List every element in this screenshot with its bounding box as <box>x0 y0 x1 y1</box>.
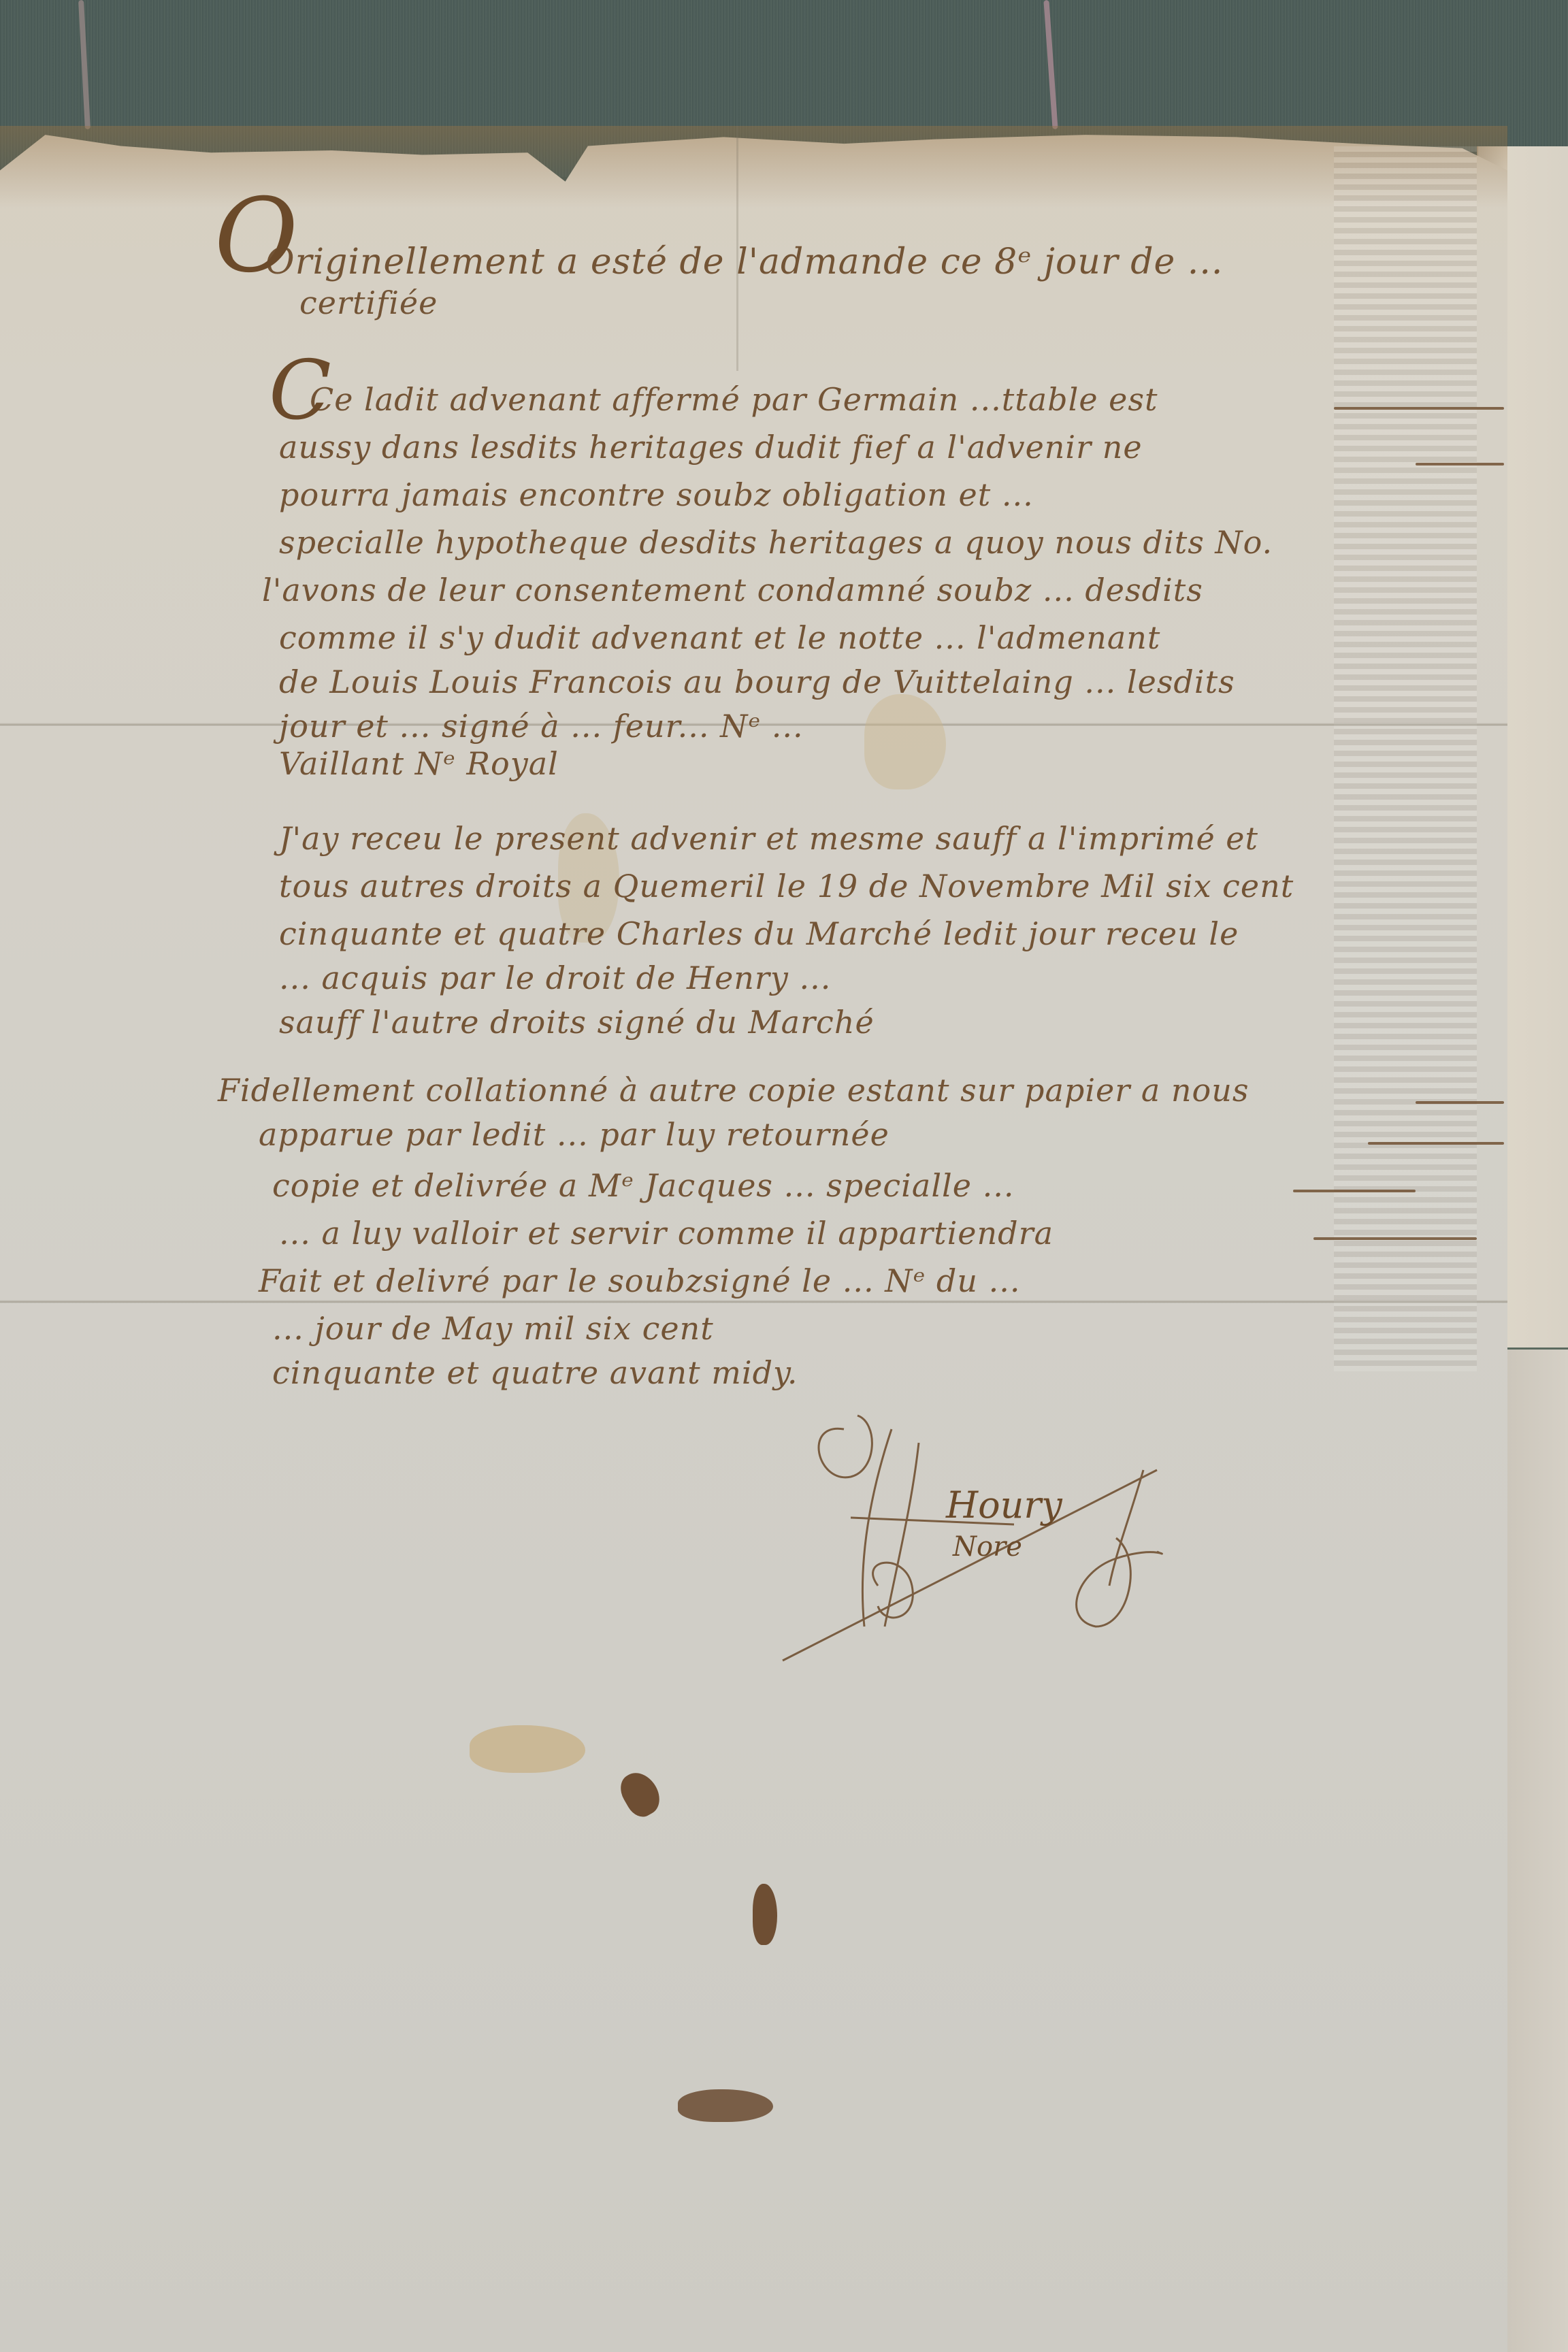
line-filler-stroke <box>1416 1101 1504 1104</box>
manuscript-text: O Originellement a esté de l'admande ce … <box>0 0 1568 2352</box>
text-line: copie et delivrée a Mᵉ Jacques ... speci… <box>272 1167 1014 1204</box>
text-line: specialle hypotheque desdits heritages a… <box>279 524 1273 561</box>
text-line: l'avons de leur consentement condamné so… <box>262 572 1203 608</box>
text-line: certifiée <box>299 284 438 321</box>
text-line: cinquante et quatre avant midy. <box>272 1354 798 1391</box>
text-line: cinquante et quatre Charles du Marché le… <box>279 915 1239 952</box>
text-line: comme il s'y dudit advenant et le notte … <box>279 619 1160 656</box>
text-line: J'ay receu le present advenir et mesme s… <box>279 820 1258 857</box>
signature-title: Nore <box>953 1531 1022 1563</box>
text-line: Vaillant Nᵉ Royal <box>279 745 559 782</box>
text-line: jour et ... signé à ... feur... Nᵉ ... <box>279 708 804 745</box>
line-filler-stroke <box>1416 463 1504 465</box>
signature-name: Houry <box>946 1484 1062 1526</box>
text-line: tous autres droits a Quemeril le 19 de N… <box>279 868 1294 904</box>
text-line: Ce ladit advenant affermé par Germain ..… <box>310 381 1158 418</box>
text-line: Fait et delivré par le soubzsigné le ...… <box>259 1262 1020 1299</box>
text-line: ... jour de May mil six cent <box>272 1310 714 1347</box>
notary-signature: Houry Nore <box>776 1382 1225 1667</box>
text-line: pourra jamais encontre soubz obligation … <box>279 476 1034 513</box>
line-filler-stroke <box>1334 407 1504 410</box>
text-line: Fidellement collationné à autre copie es… <box>218 1072 1249 1109</box>
text-line: Originellement a esté de l'admande ce 8ᵉ… <box>265 242 1223 282</box>
line-filler-stroke <box>1368 1142 1504 1145</box>
text-line: sauff l'autre droits signé du Marché <box>279 1004 875 1041</box>
text-line: de Louis Louis Francois au bourg de Vuit… <box>279 664 1235 700</box>
text-line: ... acquis par le droit de Henry ... <box>279 960 831 996</box>
text-line: apparue par ledit ... par luy retournée <box>259 1116 889 1153</box>
text-line: ... a luy valloir et servir comme il app… <box>279 1215 1053 1252</box>
line-filler-stroke <box>1293 1190 1416 1192</box>
text-line: aussy dans lesdits heritages dudit fief … <box>279 429 1143 465</box>
line-filler-stroke <box>1313 1237 1477 1240</box>
